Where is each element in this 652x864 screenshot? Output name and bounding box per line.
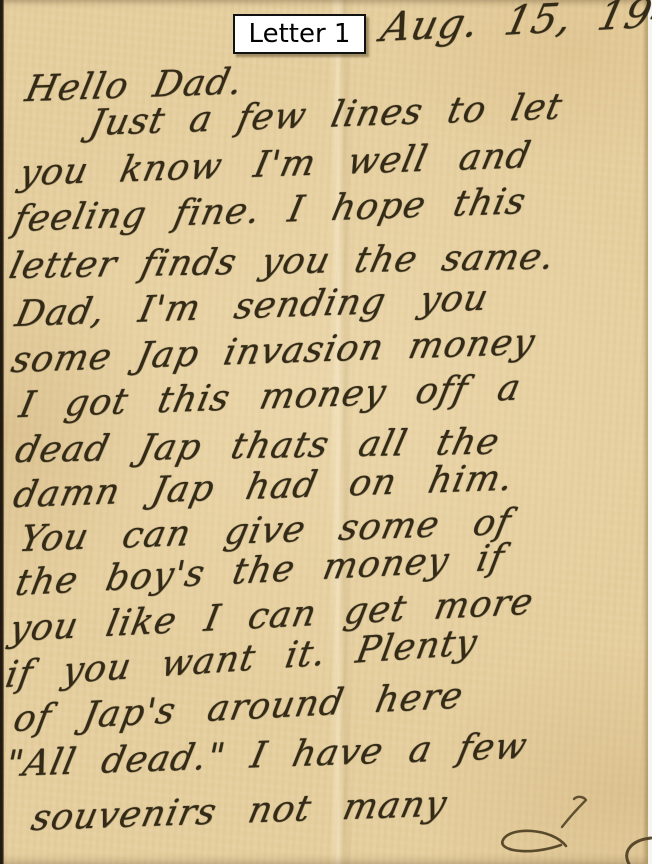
letter-label: Letter 1 [233,14,366,54]
letter-label-text: Letter 1 [249,19,351,49]
letter-scan-page: Letter 1 Aug. 15, 1944 Hello Dad. Just a… [0,0,652,864]
